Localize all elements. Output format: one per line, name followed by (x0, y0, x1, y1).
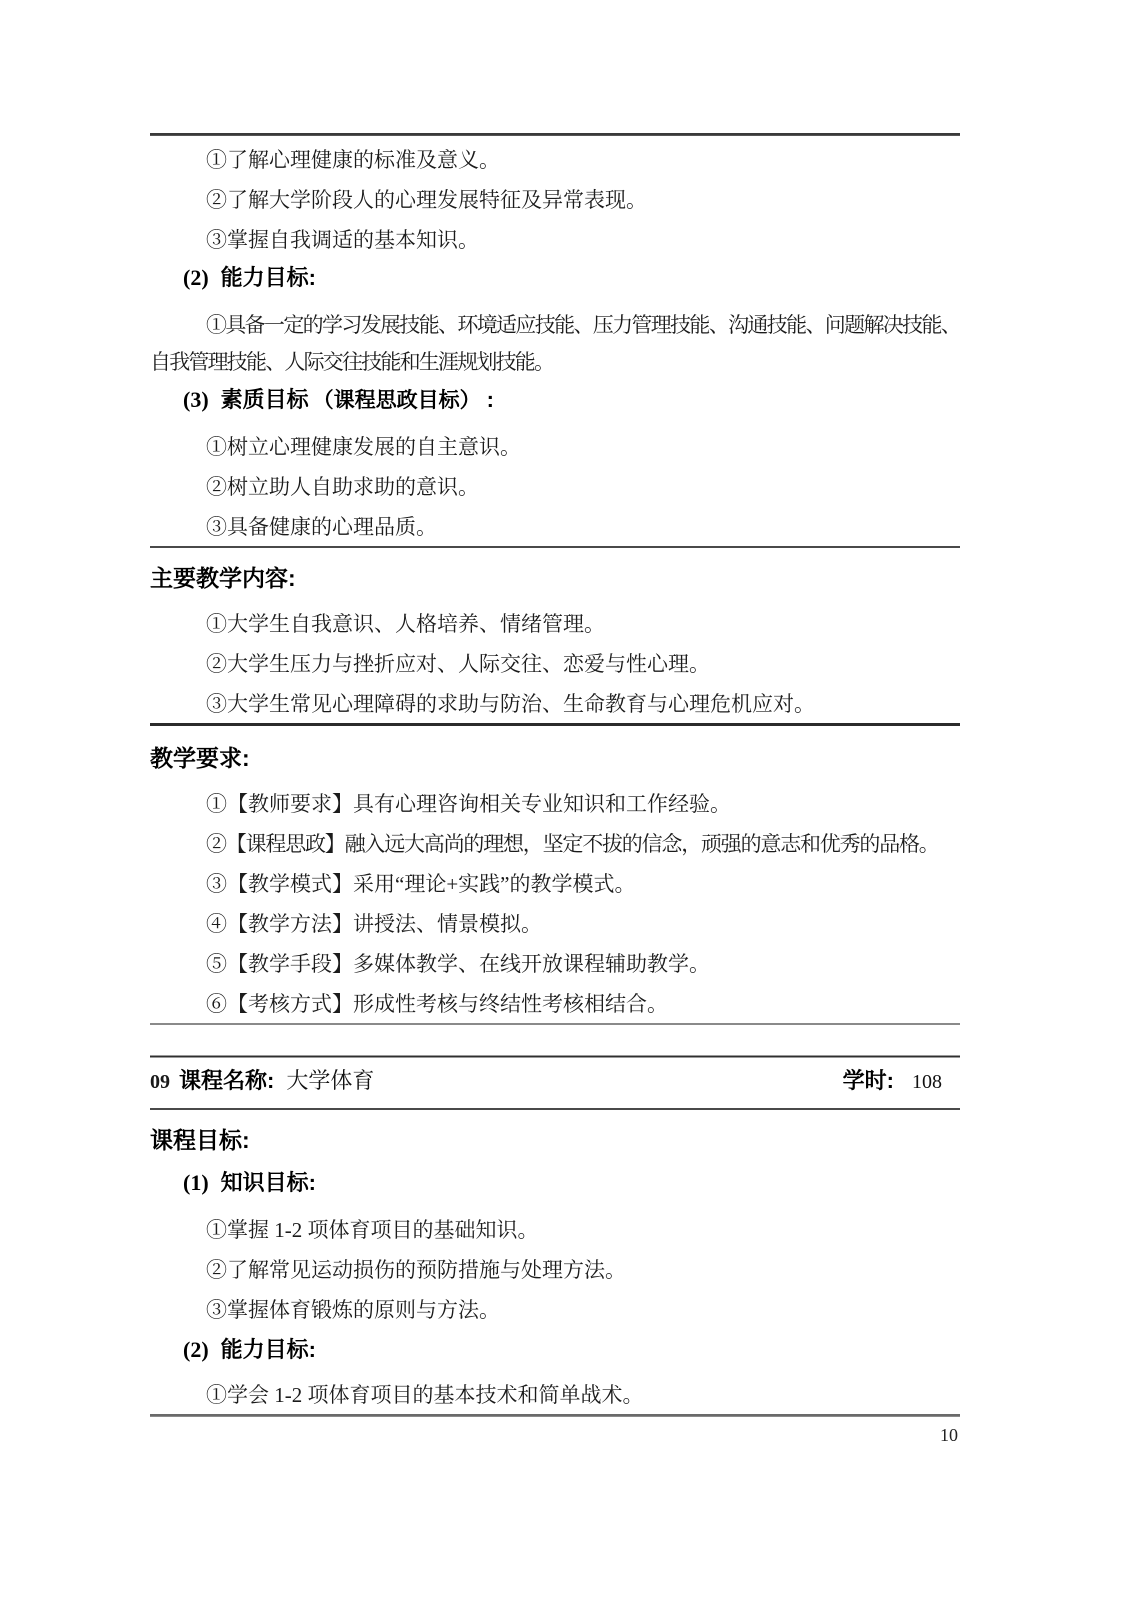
course-name-label: 课程名称: (179, 1064, 274, 1095)
subheading-label: 知识目标: (221, 1170, 316, 1195)
subheading-label: 能力目标: (221, 265, 316, 290)
content-item: ③大学生常见心理障碍的求助与防治、生命教育与心理危机应对。 (150, 686, 960, 723)
content-item: ①大学生自我意识、人格培养、情绪管理。 (150, 606, 960, 643)
objective-item: ③具备健康的心理品质。 (150, 509, 960, 546)
divider-double-bottom (150, 1414, 960, 1417)
objective-item: ①了解心理健康的标准及意义。 (150, 142, 960, 179)
objective-item: ②树立助人自助求助的意识。 (150, 469, 960, 506)
subheading-number: (1) (183, 1170, 209, 1195)
subheading-number: (2) (183, 1337, 209, 1362)
requirement-item: ⑤【教学手段】多媒体教学、在线开放课程辅助教学。 (150, 946, 960, 983)
page-number: 10 (150, 1425, 960, 1446)
subheading-label: 能力目标: (221, 1337, 316, 1362)
section-heading-course-objectives: 课程目标: (150, 1124, 960, 1156)
divider-medium (150, 723, 960, 726)
hours-label: 学时: (843, 1064, 894, 1095)
objective-item: ②了解常见运动损伤的预防措施与处理方法。 (150, 1252, 960, 1289)
section-heading-teaching-requirements: 教学要求: (150, 742, 960, 774)
course-header-row: 09 课程名称: 大学体育 学时: 108 (150, 1058, 960, 1100)
requirement-item: ②【课程思政】融入远大高尚的理想，坚定不拔的信念，顽强的意志和优秀的品格。 (150, 826, 960, 863)
objective-item: ③掌握体育锻炼的原则与方法。 (150, 1292, 960, 1329)
course-name-group: 09 课程名称: 大学体育 (150, 1064, 374, 1095)
requirement-item: ③【教学模式】采用“理论+实践”的教学模式。 (150, 866, 960, 903)
objective-item: ②了解大学阶段人的心理发展特征及异常表现。 (150, 182, 960, 219)
subheading-number: (3) (183, 387, 209, 412)
section-heading-teaching-content: 主要教学内容: (150, 562, 960, 594)
requirement-item: ①【教师要求】具有心理咨询相关专业知识和工作经验。 (150, 786, 960, 823)
document-page: ①了解心理健康的标准及意义。 ②了解大学阶段人的心理发展特征及异常表现。 ③掌握… (0, 0, 1131, 1600)
subheading-knowledge-goal: (1)知识目标: (150, 1168, 960, 1198)
divider-double-top (150, 133, 960, 136)
objective-item: ①学会 1-2 项体育项目的基本技术和简单战术。 (150, 1377, 960, 1414)
subheading-label: 素质目标 (221, 387, 309, 412)
course-hours-group: 学时: 108 (843, 1064, 960, 1095)
subheading-paren: （课程思政目标） (313, 388, 481, 412)
requirement-item: ④【教学方法】讲授法、情景模拟。 (150, 906, 960, 943)
divider-thin (150, 1108, 960, 1110)
subheading-quality-goal: (3)素质目标（课程思政目标）: (150, 385, 960, 415)
objective-item: ③掌握自我调适的基本知识。 (150, 222, 960, 259)
course-name-value: 大学体育 (286, 1064, 374, 1095)
objective-item: ①掌握 1-2 项体育项目的基础知识。 (150, 1212, 960, 1249)
divider-double-section-end (150, 1023, 960, 1025)
subheading-colon: : (487, 387, 494, 412)
hours-value: 108 (912, 1071, 942, 1094)
subheading-ability-goal: (2)能力目标: (150, 1335, 960, 1365)
divider-thin (150, 546, 960, 548)
objective-item: ①具备一定的学习发展技能、环境适应技能、压力管理技能、沟通技能、问题解决技能、自… (150, 307, 960, 381)
requirement-item: ⑥【考核方式】形成性考核与终结性考核相结合。 (150, 986, 960, 1023)
objective-item: ①树立心理健康发展的自主意识。 (150, 429, 960, 466)
page-content: ①了解心理健康的标准及意义。 ②了解大学阶段人的心理发展特征及异常表现。 ③掌握… (150, 0, 960, 1446)
subheading-ability-goal: (2)能力目标: (150, 263, 960, 293)
course-number: 09 (150, 1071, 170, 1094)
content-item: ②大学生压力与挫折应对、人际交往、恋爱与性心理。 (150, 646, 960, 683)
subheading-number: (2) (183, 265, 209, 290)
